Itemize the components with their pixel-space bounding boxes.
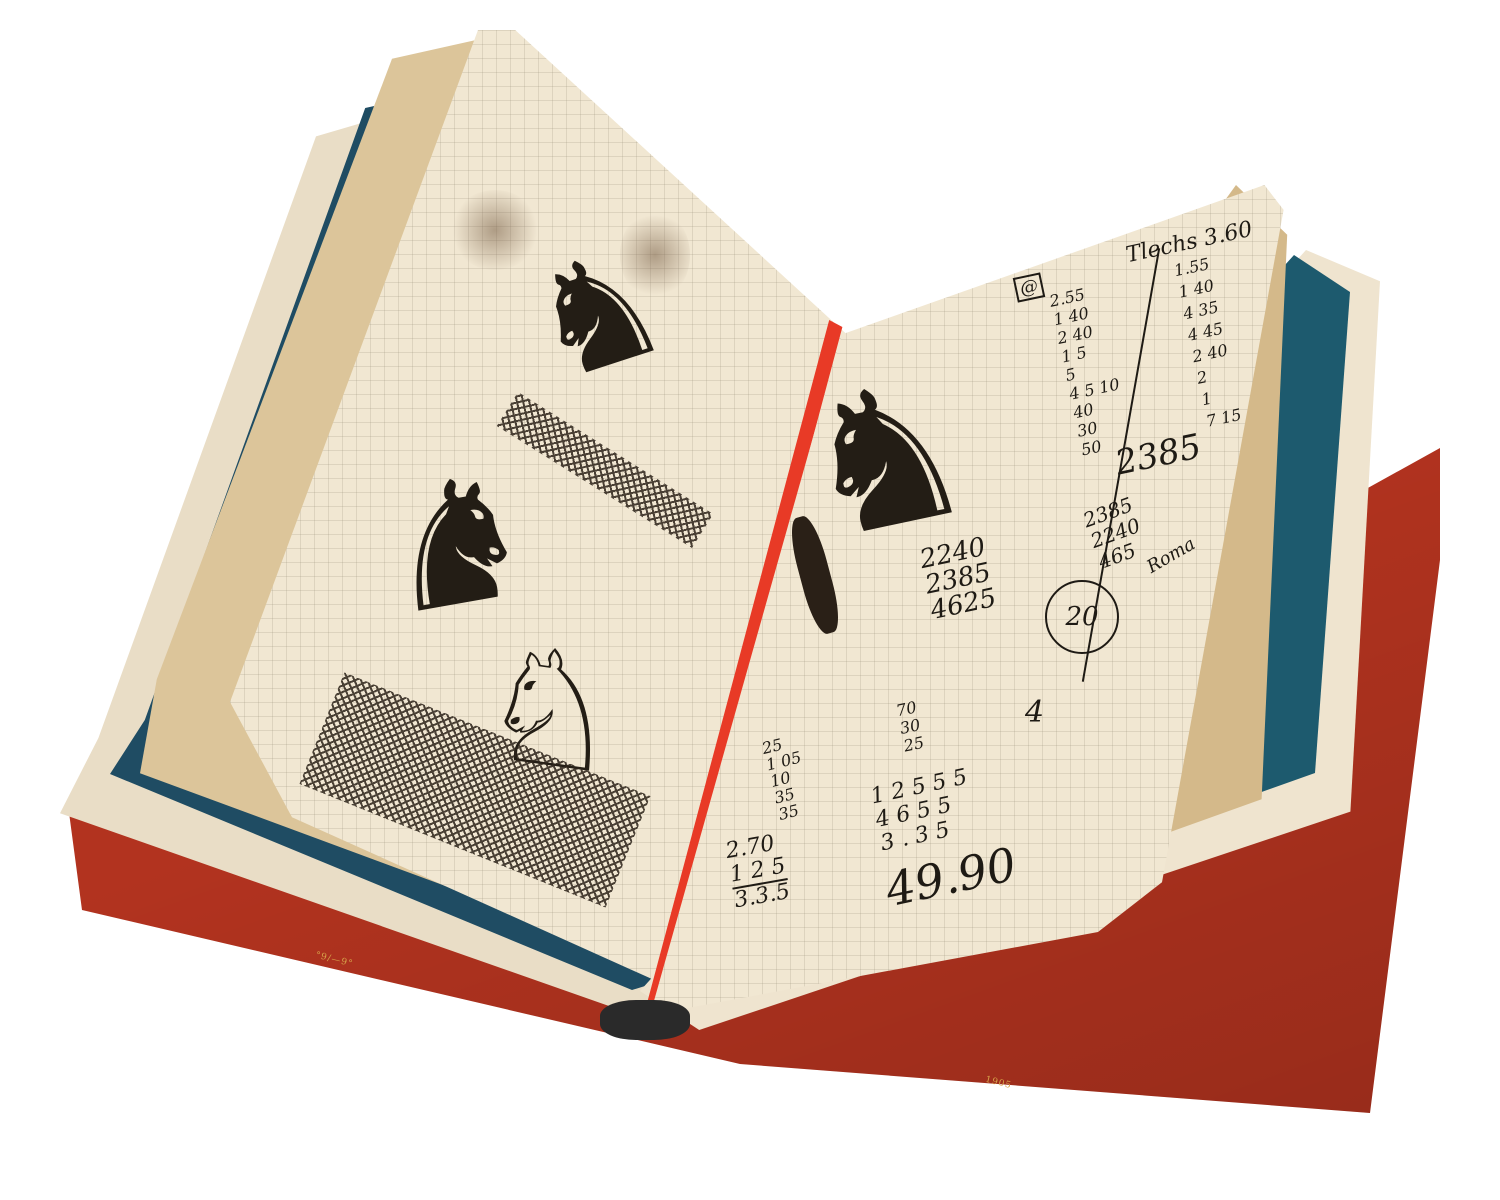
column-a: 2.55 1 40 2 40 1 5 5 4 5 10 40 30 50 xyxy=(1048,282,1133,460)
lower-left-list: 25 1 05 10 35 35 xyxy=(760,732,815,823)
roma-note: Roma xyxy=(1143,533,1199,577)
sum-block: 2385 2240 465 xyxy=(1080,493,1150,572)
column-b: 1.55 1 40 4 35 4 45 2 40 2 1 7 15 xyxy=(1172,253,1243,433)
lower-right-list: 70 30 25 xyxy=(895,698,926,755)
boxed-label: @ xyxy=(1013,272,1046,302)
circled-20: 20 xyxy=(1045,580,1119,654)
lower-right-sum: 1 2 5 5 5 4 6 5 5 3 . 3 5 xyxy=(869,766,980,857)
spine-headband xyxy=(600,1000,690,1040)
big-4: 4 xyxy=(1025,695,1044,730)
lower-left-sum: 2.70 1 2 5 3.3.5 xyxy=(724,831,792,914)
